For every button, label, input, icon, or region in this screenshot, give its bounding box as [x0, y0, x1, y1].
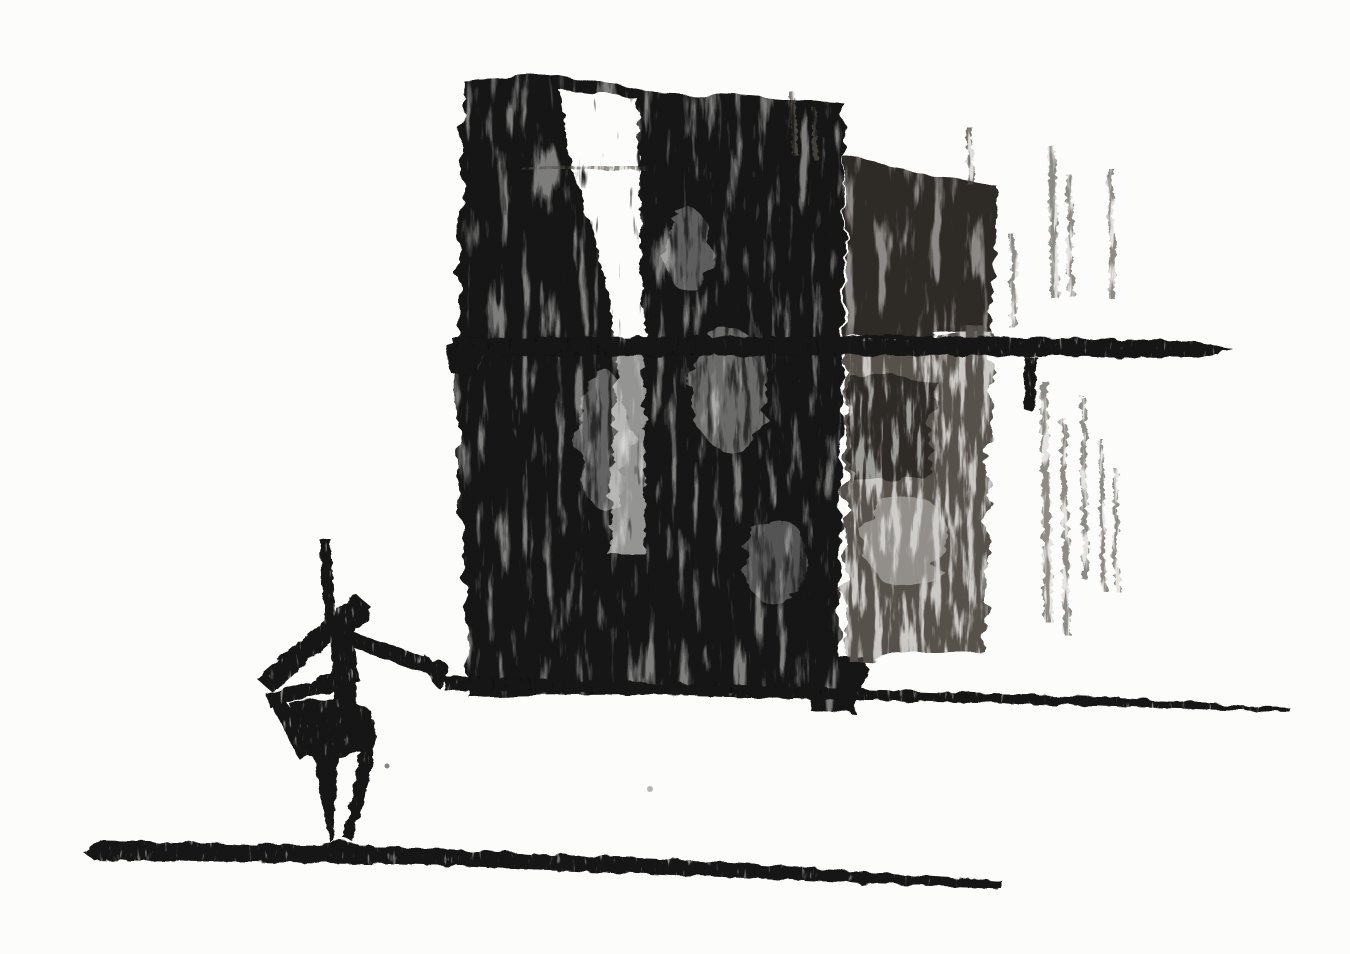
mottle-4 — [743, 516, 807, 604]
horizontal-stroke-knot — [1097, 341, 1151, 359]
figure-foot-smudge — [316, 841, 360, 853]
speck-2 — [647, 786, 653, 792]
right-inner-dark-patch — [848, 372, 935, 482]
charcoal-sketch — [0, 0, 1350, 954]
right-upper-band — [845, 158, 997, 340]
mottle-3 — [664, 208, 712, 292]
figure-hand — [426, 660, 448, 676]
charcoal-block-dark-mass — [456, 75, 868, 716]
mottle-5 — [863, 492, 947, 588]
speck-1 — [385, 764, 390, 769]
mottle-2 — [578, 370, 630, 510]
artwork-canvas — [0, 0, 1350, 954]
block-main-slab — [456, 75, 845, 696]
notch-dashed-line — [522, 166, 648, 171]
